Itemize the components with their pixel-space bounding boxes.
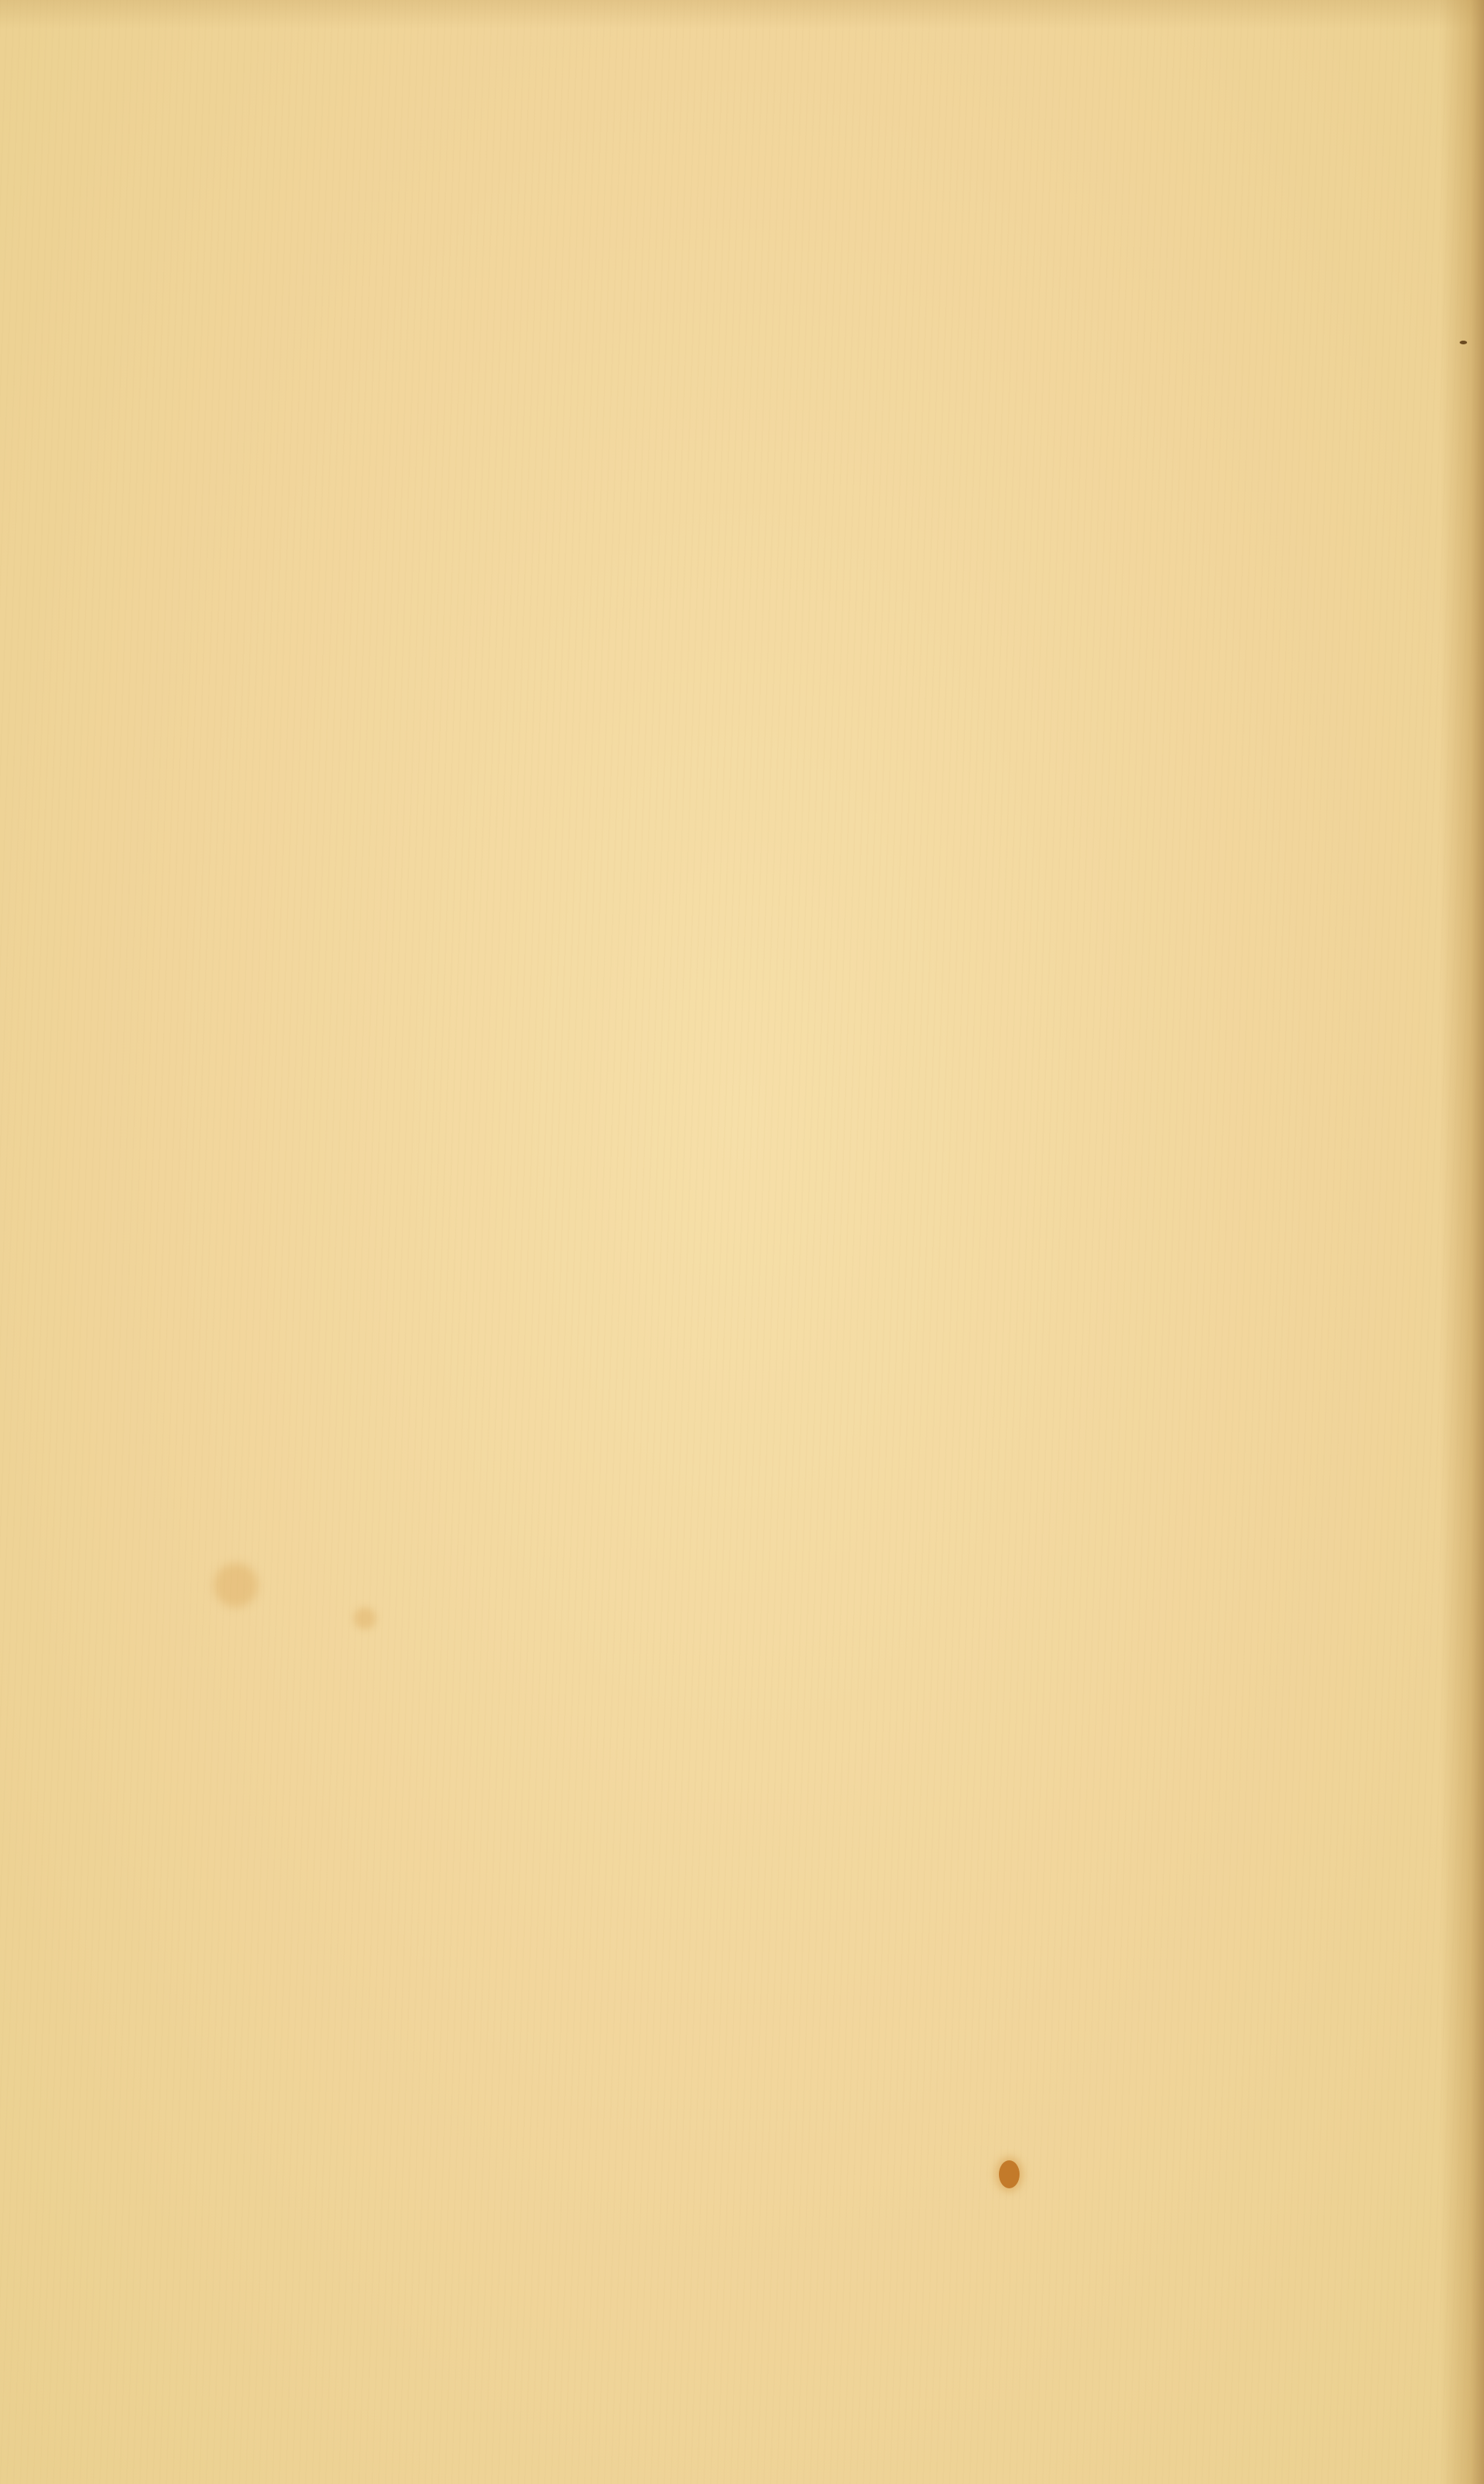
- page-top-edge: [0, 0, 1484, 29]
- foxing-stain: [354, 1607, 376, 1629]
- paper-speck: [1460, 341, 1467, 344]
- paper-texture: [0, 0, 1484, 2484]
- ink-stain: [999, 2160, 1020, 2188]
- foxing-stain: [214, 1563, 258, 1607]
- page-right-edge: [1440, 0, 1484, 2484]
- blank-book-page: [0, 0, 1484, 2484]
